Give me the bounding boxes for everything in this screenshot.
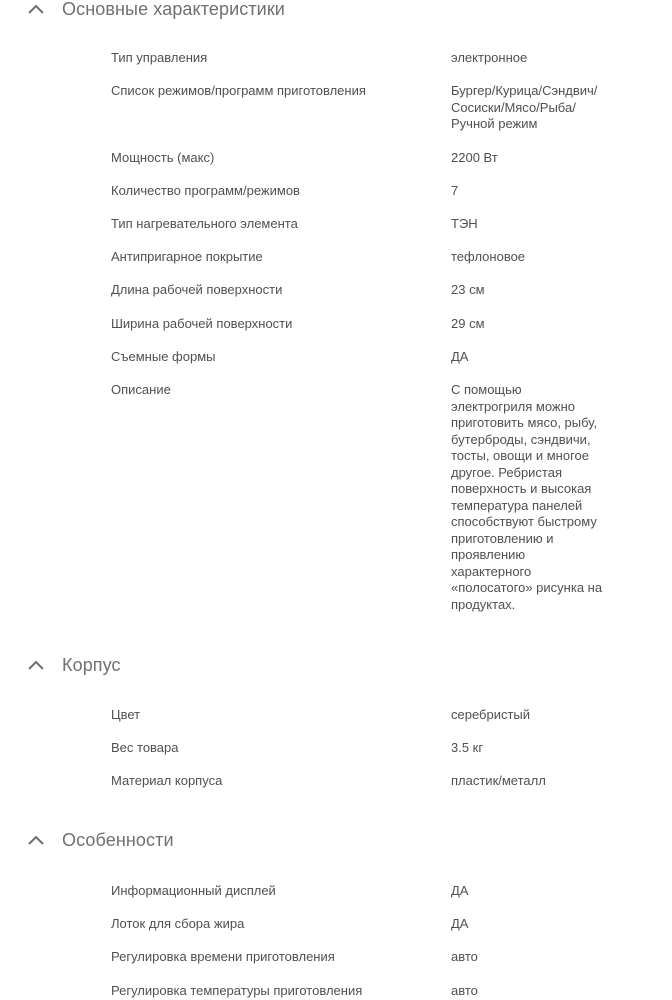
- spec-value: 2200 Вт: [451, 150, 631, 167]
- spec-label: Антипригарное покрытие: [111, 249, 431, 266]
- spec-value: Бургер/Курица/Сэндвич/ Сосиски/Мясо/Рыба…: [451, 83, 631, 133]
- spec-value: ДА: [451, 349, 631, 366]
- spec-label: Список режимов/программ приготовления: [111, 83, 431, 100]
- chevron-up-icon[interactable]: [27, 655, 53, 675]
- spec-label: Количество программ/режимов: [111, 183, 431, 200]
- spec-value: ТЭН: [451, 216, 631, 233]
- spec-label: Съемные формы: [111, 349, 431, 366]
- section-title: Корпус: [62, 655, 121, 676]
- spec-value: тефлоновое: [451, 249, 631, 266]
- spec-value: электронное: [451, 50, 631, 67]
- spec-label: Информационный дисплей: [111, 883, 431, 900]
- spec-label: Лоток для сбора жира: [111, 916, 431, 933]
- section-header[interactable]: Особенности: [0, 826, 174, 854]
- spec-label: Вес товара: [111, 740, 431, 757]
- spec-label: Регулировка времени приготовления: [111, 949, 431, 966]
- spec-label: Ширина рабочей поверхности: [111, 316, 431, 333]
- section-title: Основные характеристики: [62, 0, 285, 20]
- spec-label: Цвет: [111, 707, 431, 724]
- spec-value: серебристый: [451, 707, 631, 724]
- spec-label: Тип управления: [111, 50, 431, 67]
- spec-value: авто: [451, 983, 631, 1000]
- chevron-up-icon[interactable]: [27, 830, 53, 850]
- spec-value: 3.5 кг: [451, 740, 631, 757]
- spec-label: Длина рабочей поверхности: [111, 282, 431, 299]
- spec-value: С помощью электрогриля можно приготовить…: [451, 382, 631, 613]
- spec-value: ДА: [451, 883, 631, 900]
- spec-label: Мощность (макс): [111, 150, 431, 167]
- spec-value: 23 см: [451, 282, 631, 299]
- section-title: Особенности: [62, 830, 174, 851]
- spec-value: авто: [451, 949, 631, 966]
- spec-label: Материал корпуса: [111, 773, 431, 790]
- spec-label: Тип нагревательного элемента: [111, 216, 431, 233]
- spec-value: 7: [451, 183, 631, 200]
- spec-label: Регулировка температуры приготовления: [111, 983, 431, 1000]
- section-header[interactable]: Основные характеристики: [0, 0, 285, 23]
- spec-value: пластик/металл: [451, 773, 631, 790]
- spec-value: ДА: [451, 916, 631, 933]
- spec-value: 29 см: [451, 316, 631, 333]
- section-header[interactable]: Корпус: [0, 651, 121, 679]
- chevron-up-icon[interactable]: [27, 0, 53, 19]
- spec-label: Описание: [111, 382, 431, 399]
